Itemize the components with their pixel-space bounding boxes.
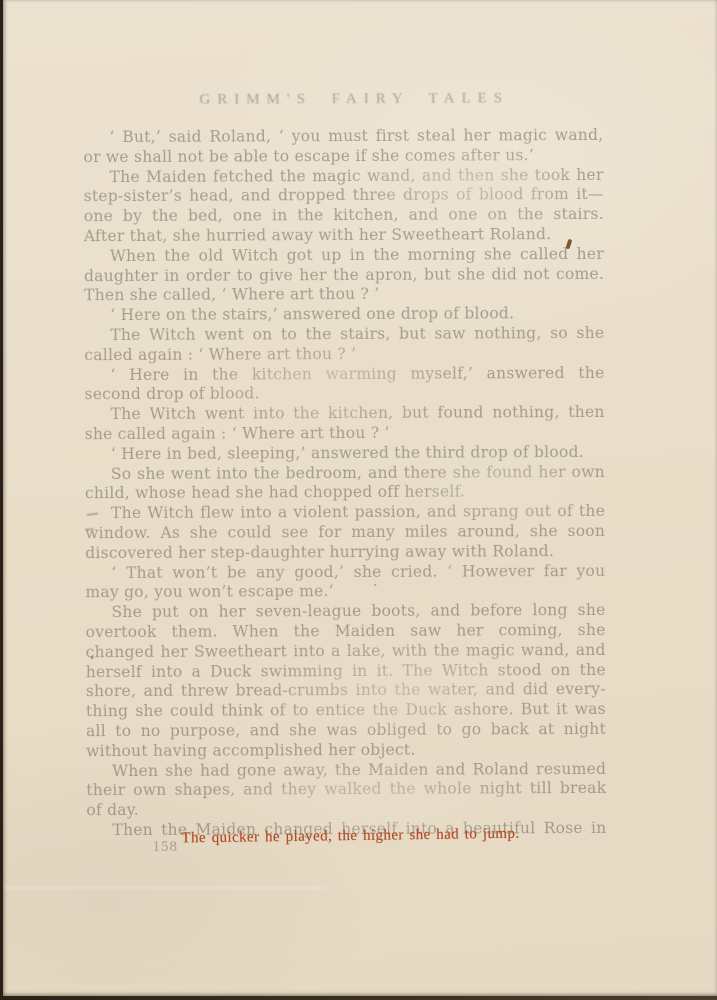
page-crease [5,887,326,889]
page-content: GRIMM'S FAIRY TALES ‘ But,’ said Roland,… [1,0,717,998]
book-page: GRIMM'S FAIRY TALES ‘ But,’ said Roland,… [3,0,717,996]
text-line: The Maiden fetched the magic wand, and t… [84,166,604,188]
text-line: shore, and threw bread-crumbs into the w… [86,680,606,702]
text-line: discovered her step-daughter hurrying aw… [85,542,605,564]
text-line: without having accomplished her object. [86,740,606,762]
text-line: ‘ Here on the stairs,’ answered one drop… [84,304,604,326]
page-number: 158 [152,839,178,856]
text-line: When she had gone away, the Maiden and R… [86,759,606,781]
text-line: ‘ Here in the kitchen warming myself,’ a… [84,363,604,385]
text-line: may go, you won’t escape me.’ [85,581,605,603]
text-line: So she went into the bedroom, and there … [85,462,605,484]
text-line: window. As she could see for many miles … [85,522,605,544]
text-line: The Witch went into the kitchen, but fou… [85,403,605,425]
text-line: thing she could think of to entice the D… [86,700,606,722]
plate-caption: The quicker he played, the higher she ha… [181,826,519,848]
text-line: overtook them. When the Maiden saw her c… [86,621,606,643]
book-photo: GRIMM'S FAIRY TALES ‘ But,’ said Roland,… [0,0,717,1000]
body-text: ‘ But,’ said Roland, ‘ you must first st… [83,126,606,841]
text-line: herself into a Duck swimming in it. The … [86,660,606,682]
running-head: GRIMM'S FAIRY TALES [1,89,707,109]
text-line: she called again : ‘ Where art thou ? ’ [85,423,605,445]
text-line: their own shapes, and they walked the wh… [86,779,606,801]
text-line: When the old Witch got up in the morning… [84,245,604,267]
text-line: of day. [86,799,606,821]
text-line: child, whose head she had chopped off he… [85,482,605,504]
text-line: The Witch went on to the stairs, but saw… [84,324,604,346]
text-line: ‘ But,’ said Roland, ‘ you must first st… [83,126,603,148]
text-line: or we shall not be able to escape if she… [83,146,603,168]
text-line: changed her Sweetheart into a lake, with… [86,641,606,663]
text-line: ‘ Here in bed, sleeping,’ answered the t… [85,443,605,465]
text-line: step-sister’s head, and dropped three dr… [84,185,604,207]
text-line: second drop of blood. [85,383,605,405]
text-line: She put on her seven-league boots, and b… [85,601,605,623]
text-line: called again : ‘ Where art thou ? ’ [84,344,604,366]
text-line: The Witch flew into a violent passion, a… [85,502,605,524]
text-line: one by the bed, one in the kitchen, and … [84,205,604,227]
text-line: After that, she hurried away with her Sw… [84,225,604,247]
text-line: Then she called, ‘ Where art thou ? ’ [84,284,604,306]
text-line: daughter in order to give her the apron,… [84,265,604,287]
text-line: ‘ That won’t be any good,’ she cried. ‘ … [85,561,605,583]
text-line: all to no purpose, and she was obliged t… [86,720,606,742]
